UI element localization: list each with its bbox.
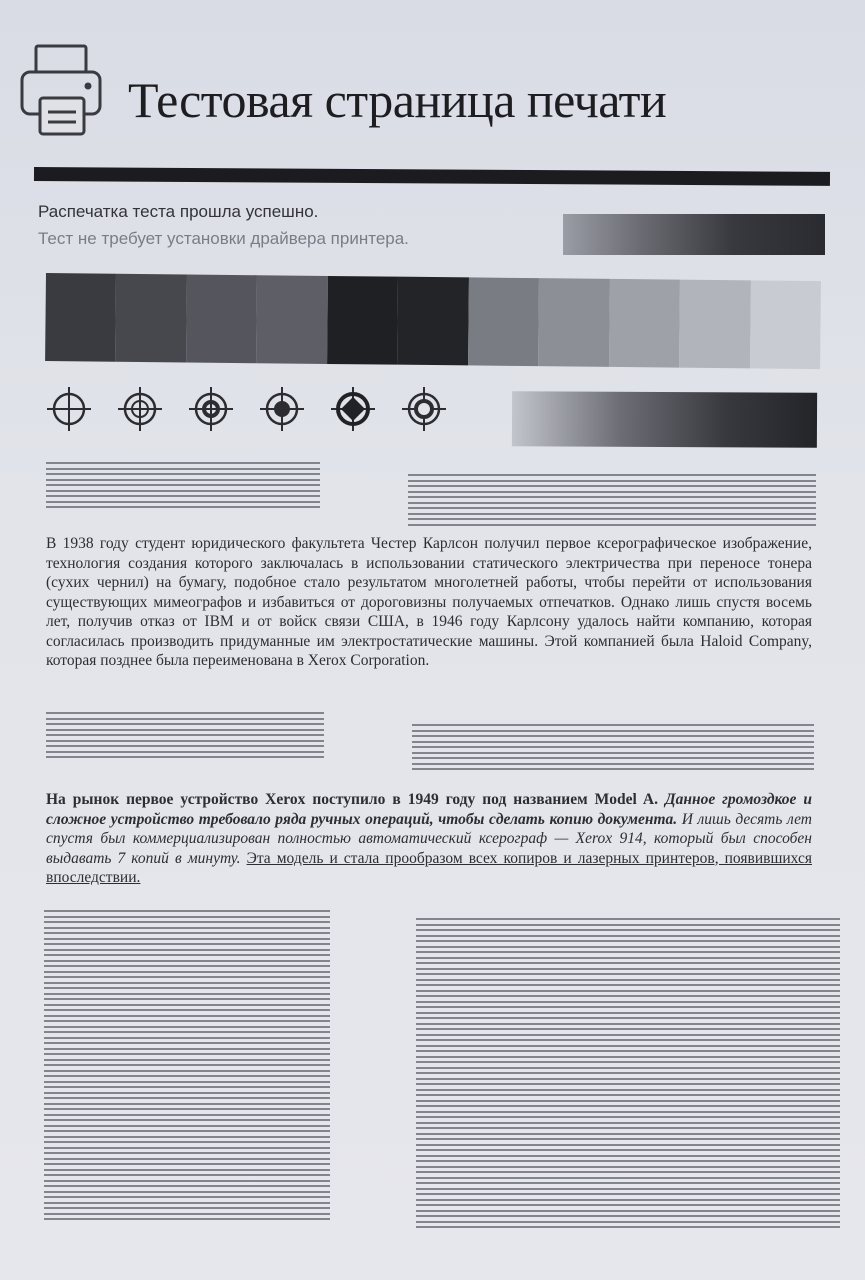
line-pattern-mid-left — [46, 712, 324, 762]
gray-step-4 — [256, 275, 327, 364]
pattern-line — [46, 734, 324, 736]
status-message: Распечатка теста прошла успешно. — [38, 202, 318, 222]
pattern-line — [416, 1045, 840, 1047]
pattern-line — [44, 1075, 330, 1077]
pattern-line — [416, 1100, 840, 1102]
pattern-line — [44, 1031, 330, 1033]
pattern-line — [44, 1092, 330, 1094]
pattern-line — [44, 1202, 330, 1204]
pattern-line — [44, 1196, 330, 1198]
pattern-line — [416, 1221, 840, 1223]
pattern-line — [412, 724, 814, 726]
gray-step-1 — [45, 273, 116, 362]
pattern-line — [416, 1116, 840, 1118]
pattern-line — [416, 1067, 840, 1069]
gray-step-8 — [538, 278, 609, 367]
pattern-line — [44, 1180, 330, 1182]
pattern-line — [416, 1105, 840, 1107]
line-pattern-mid-right — [412, 724, 814, 774]
pattern-line — [44, 965, 330, 967]
pattern-line — [44, 1207, 330, 1209]
pattern-line — [416, 1171, 840, 1173]
pattern-line — [44, 1108, 330, 1110]
printer-icon — [18, 42, 106, 138]
pattern-line — [412, 730, 814, 732]
pattern-line — [44, 910, 330, 912]
pattern-line — [44, 1015, 330, 1017]
pattern-line — [416, 1012, 840, 1014]
pattern-line — [44, 976, 330, 978]
gray-step-5 — [327, 276, 398, 365]
pattern-line — [44, 1163, 330, 1165]
line-pattern-bottom-right — [416, 918, 840, 1232]
pattern-line — [44, 916, 330, 918]
pattern-line — [44, 1185, 330, 1187]
pattern-line — [416, 984, 840, 986]
pattern-line — [44, 1136, 330, 1138]
pattern-line — [408, 474, 816, 476]
pattern-line — [408, 502, 816, 504]
pattern-line — [416, 995, 840, 997]
pattern-line — [44, 1070, 330, 1072]
gray-step-6 — [397, 277, 468, 366]
gray-step-10 — [679, 280, 750, 369]
pattern-line — [44, 1086, 330, 1088]
pattern-line — [44, 971, 330, 973]
gray-step-3 — [186, 274, 257, 363]
pattern-line — [46, 495, 320, 497]
pattern-line — [44, 1114, 330, 1116]
gradient-bar-top — [563, 214, 825, 255]
pattern-line — [44, 1004, 330, 1006]
pattern-line — [44, 1009, 330, 1011]
pattern-line — [412, 768, 814, 770]
pattern-line — [416, 1094, 840, 1096]
pattern-line — [416, 1166, 840, 1168]
pattern-line — [416, 1056, 840, 1058]
pattern-line — [416, 1078, 840, 1080]
pattern-line — [416, 1149, 840, 1151]
crosshair-ring-hollow-icon — [400, 385, 448, 433]
pattern-line — [44, 1064, 330, 1066]
pattern-line — [408, 507, 816, 509]
pattern-line — [416, 1155, 840, 1157]
pattern-line — [416, 979, 840, 981]
line-pattern-top-right — [408, 474, 816, 529]
pattern-line — [44, 1037, 330, 1039]
pattern-line — [44, 927, 330, 929]
pattern-line — [416, 962, 840, 964]
pattern-line — [416, 1061, 840, 1063]
pattern-line — [46, 740, 324, 742]
pattern-line — [408, 491, 816, 493]
pattern-line — [46, 484, 320, 486]
pattern-line — [44, 1130, 330, 1132]
pattern-line — [412, 735, 814, 737]
pattern-line — [408, 518, 816, 520]
pattern-line — [44, 1169, 330, 1171]
pattern-line — [416, 1204, 840, 1206]
pattern-line — [44, 932, 330, 934]
pattern-line — [44, 1103, 330, 1105]
test-print-page: Тестовая страница печати Распечатка тест… — [0, 0, 865, 1280]
gray-step-bar — [45, 273, 821, 369]
pattern-line — [44, 1059, 330, 1061]
pattern-line — [44, 1152, 330, 1154]
gray-step-7 — [468, 277, 539, 366]
pattern-line — [44, 1218, 330, 1220]
pattern-line — [416, 1215, 840, 1217]
pattern-line — [416, 951, 840, 953]
page-title: Тестовая страница печати — [128, 70, 666, 130]
info-message: Тест не требует установки драйвера принт… — [38, 229, 409, 249]
pattern-line — [416, 1188, 840, 1190]
pattern-line — [46, 745, 324, 747]
pattern-line — [412, 757, 814, 759]
pattern-line — [416, 1177, 840, 1179]
pattern-line — [408, 480, 816, 482]
registration-marks — [45, 385, 448, 433]
pattern-line — [416, 1023, 840, 1025]
pattern-line — [408, 513, 816, 515]
pattern-line — [416, 1127, 840, 1129]
pattern-line — [416, 924, 840, 926]
pattern-line — [44, 943, 330, 945]
pattern-line — [416, 1001, 840, 1003]
gray-step-2 — [116, 274, 187, 363]
pattern-line — [416, 990, 840, 992]
pattern-line — [44, 1053, 330, 1055]
pattern-line — [416, 1226, 840, 1228]
pattern-line — [46, 506, 320, 508]
pattern-line — [416, 973, 840, 975]
pattern-line — [46, 751, 324, 753]
pattern-line — [44, 921, 330, 923]
pattern-line — [416, 1122, 840, 1124]
pattern-line — [46, 479, 320, 481]
line-pattern-top-left — [46, 462, 320, 512]
gradient-bar-bottom — [512, 391, 817, 448]
pattern-line — [44, 954, 330, 956]
pattern-line — [412, 752, 814, 754]
pattern-line — [44, 1048, 330, 1050]
pattern-line — [44, 1020, 330, 1022]
line-pattern-bottom-left — [44, 910, 330, 1224]
pattern-line — [44, 1042, 330, 1044]
gray-step-9 — [609, 279, 680, 368]
pattern-line — [44, 1174, 330, 1176]
pattern-line — [416, 1182, 840, 1184]
crosshair-double-circle-icon — [116, 385, 164, 433]
crosshair-filled-diamond-icon — [329, 385, 377, 433]
pattern-line — [416, 1193, 840, 1195]
title-divider — [34, 167, 830, 186]
pattern-line — [416, 1144, 840, 1146]
pattern-line — [44, 1081, 330, 1083]
pattern-line — [416, 1083, 840, 1085]
pattern-line — [408, 496, 816, 498]
crosshair-filled-dot-icon — [258, 385, 306, 433]
pattern-line — [44, 1119, 330, 1121]
pattern-line — [46, 473, 320, 475]
pattern-line — [416, 1072, 840, 1074]
pattern-line — [416, 968, 840, 970]
pattern-line — [408, 485, 816, 487]
pattern-line — [416, 940, 840, 942]
pattern-line — [44, 938, 330, 940]
pattern-line — [416, 1199, 840, 1201]
pattern-line — [46, 490, 320, 492]
pattern-line — [44, 987, 330, 989]
pattern-line — [46, 756, 324, 758]
pattern-line — [408, 524, 816, 526]
crosshair-ring-small-icon — [187, 385, 235, 433]
gray-step-11 — [750, 280, 821, 369]
pattern-line — [44, 998, 330, 1000]
pattern-line — [44, 1147, 330, 1149]
pattern-line — [416, 946, 840, 948]
pattern-line — [416, 1111, 840, 1113]
pattern-line — [44, 949, 330, 951]
pattern-line — [416, 929, 840, 931]
pattern-line — [44, 1125, 330, 1127]
pattern-line — [416, 1017, 840, 1019]
pattern-line — [412, 746, 814, 748]
pattern-line — [416, 1210, 840, 1212]
paragraph-bold-text: На рынок первое устройство Xerox поступи… — [46, 791, 658, 808]
pattern-line — [44, 1213, 330, 1215]
pattern-line — [416, 1089, 840, 1091]
pattern-line — [44, 993, 330, 995]
pattern-line — [46, 501, 320, 503]
pattern-line — [416, 1050, 840, 1052]
pattern-line — [46, 729, 324, 731]
pattern-line — [44, 960, 330, 962]
pattern-line — [46, 462, 320, 464]
pattern-line — [46, 468, 320, 470]
pattern-line — [46, 718, 324, 720]
pattern-line — [416, 1133, 840, 1135]
pattern-line — [416, 1006, 840, 1008]
pattern-line — [44, 1191, 330, 1193]
pattern-line — [44, 982, 330, 984]
pattern-line — [416, 1028, 840, 1030]
pattern-line — [416, 1039, 840, 1041]
pattern-line — [416, 918, 840, 920]
paragraph-history: В 1938 году студент юридического факульт… — [46, 534, 812, 671]
pattern-line — [416, 935, 840, 937]
pattern-line — [412, 763, 814, 765]
pattern-line — [44, 1097, 330, 1099]
paragraph-xerox: На рынок первое устройство Xerox поступи… — [46, 790, 812, 888]
pattern-line — [416, 1034, 840, 1036]
pattern-line — [416, 1160, 840, 1162]
pattern-line — [416, 957, 840, 959]
pattern-line — [416, 1138, 840, 1140]
pattern-line — [44, 1158, 330, 1160]
pattern-line — [46, 723, 324, 725]
pattern-line — [46, 712, 324, 714]
pattern-line — [44, 1141, 330, 1143]
pattern-line — [412, 741, 814, 743]
crosshair-circle-icon — [45, 385, 93, 433]
pattern-line — [44, 1026, 330, 1028]
